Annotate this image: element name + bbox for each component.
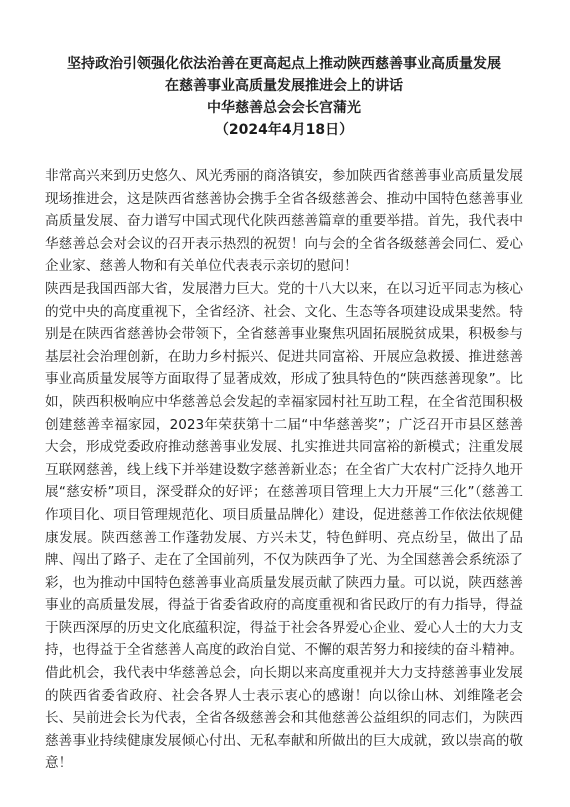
title-speaker: 中华慈善总会会长宫蒲光: [45, 97, 523, 119]
document-page: 坚持政治引领强化依法治善在更高起点上推动陕西慈善事业高质量发展 在慈善事业高质量…: [0, 0, 570, 807]
title-date: （2024年4月18日）: [45, 119, 523, 141]
paragraph-1: 非常高兴来到历史悠久、风光秀丽的商洛镇安，参加陕西省慈善事业高质量发展现场推进会…: [45, 165, 523, 278]
paragraph-2: 陕西是我国西部大省，发展潜力巨大。党的十八大以来，在以习近平同志为核心的党中央的…: [45, 278, 523, 775]
title-main: 坚持政治引领强化依法治善在更高起点上推动陕西慈善事业高质量发展: [45, 53, 523, 75]
document-title-block: 坚持政治引领强化依法治善在更高起点上推动陕西慈善事业高质量发展 在慈善事业高质量…: [45, 53, 523, 141]
title-subtitle: 在慈善事业高质量发展推进会上的讲话: [45, 75, 523, 97]
document-body: 非常高兴来到历史悠久、风光秀丽的商洛镇安，参加陕西省慈善事业高质量发展现场推进会…: [45, 165, 523, 775]
